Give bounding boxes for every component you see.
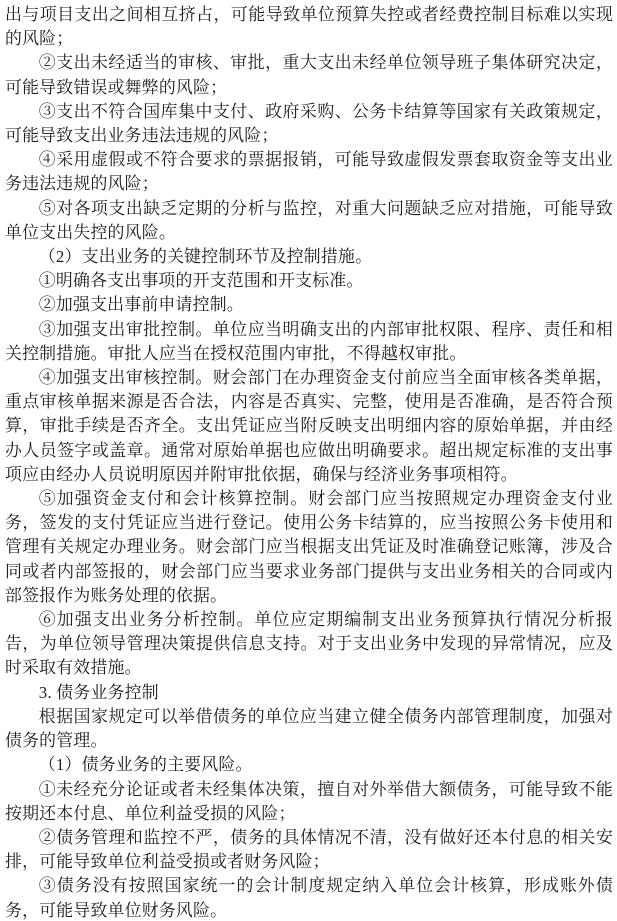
- paragraph: ③债务没有按照国家统一的会计制度规定纳入单位会计核算，形成账外债务，可能导致单位…: [5, 874, 613, 921]
- section-heading: 3. 债务业务控制: [5, 681, 613, 705]
- paragraph: 出与项目支出之间相互挤占，可能导致单位预算失控或者经费控制目标难以实现的风险；: [5, 3, 613, 51]
- paragraph: ②债务管理和监控不严，债务的具体情况不清，没有做好还本付息的相关安排，可能导致单…: [5, 826, 613, 874]
- paragraph: ④采用虚假或不符合要求的票据报销，可能导致虚假发票套取资金等支出业务违法违规的风…: [5, 148, 613, 196]
- paragraph: （1）债务业务的主要风险。: [5, 753, 613, 777]
- document-page: 出与项目支出之间相互挤占，可能导致单位预算失控或者经费控制目标难以实现的风险；②…: [0, 0, 617, 921]
- paragraph: ⑤对各项支出缺乏定期的分析与监控，对重大问题缺乏应对措施，可能导致单位支出失控的…: [5, 197, 613, 245]
- paragraph: ③加强支出审批控制。单位应当明确支出的内部审批权限、程序、责任和相关控制措施。审…: [5, 318, 613, 366]
- paragraph: ⑤加强资金支付和会计核算控制。财会部门应当按照规定办理资金支付业务，签发的支付凭…: [5, 487, 613, 608]
- paragraph: 根据国家规定可以举借债务的单位应当建立健全债务内部管理制度，加强对债务的管理。: [5, 705, 613, 753]
- page-body: 出与项目支出之间相互挤占，可能导致单位预算失控或者经费控制目标难以实现的风险；②…: [5, 3, 613, 921]
- paragraph: ①未经充分论证或者未经集体决策，擅自对外举借大额债务，可能导致不能按期还本付息、…: [5, 778, 613, 826]
- paragraph: ④加强支出审核控制。财会部门在办理资金支付前应当全面审核各类单据，重点审核单据来…: [5, 366, 613, 487]
- paragraph: ③支出不符合国库集中支付、政府采购、公务卡结算等国家有关政策规定，可能导致支出业…: [5, 100, 613, 148]
- paragraph: ②支出未经适当的审核、审批，重大支出未经单位领导班子集体研究决定，可能导致错误或…: [5, 51, 613, 99]
- paragraph: ②加强支出事前申请控制。: [5, 293, 613, 317]
- paragraph: ⑥加强支出业务分析控制。单位应定期编制支出业务预算执行情况分析报告，为单位领导管…: [5, 608, 613, 681]
- paragraph: ①明确各支出事项的开支范围和开支标准。: [5, 269, 613, 293]
- paragraph: （2）支出业务的关键控制环节及控制措施。: [5, 245, 613, 269]
